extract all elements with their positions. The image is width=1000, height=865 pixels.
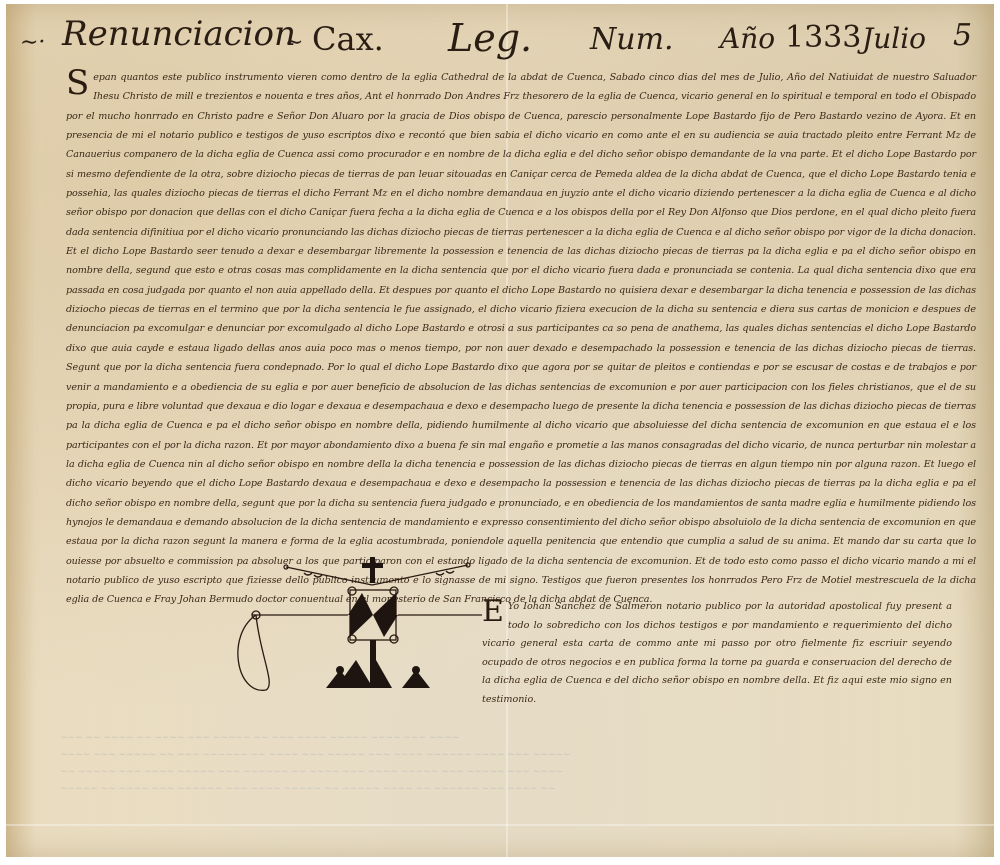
document-body: Sepan quantos este publico instrumento v… — [66, 68, 976, 610]
header-year: 1333 — [785, 20, 861, 55]
notary-subscription: EYo Iohan Sanchez de Salmeron notario pu… — [482, 598, 952, 709]
header-day: 5 — [953, 18, 972, 53]
header-numero-label: Num. — [590, 22, 674, 57]
header-month: Julio — [862, 22, 926, 55]
header-legajo-label: Leg. — [448, 16, 532, 60]
illuminated-initial: S — [66, 68, 89, 98]
notarial-signum-icon — [236, 555, 486, 695]
archival-header: ∼· Renunciacion ∼ Cax. Leg. Num. Año 133… — [20, 8, 990, 63]
header-caja-label: Cax. — [312, 20, 384, 58]
header-title: Renunciacion — [62, 14, 296, 54]
header-flourish-mid: ∼ — [285, 30, 303, 55]
header-year-label: Año — [720, 22, 775, 55]
header-flourish-left: ∼· — [20, 30, 45, 55]
notary-initial: E — [482, 598, 504, 626]
document-body-text: epan quantos este publico instrumento vi… — [66, 72, 976, 605]
horizontal-fold-line — [6, 824, 994, 826]
notary-subscription-text: Yo Iohan Sanchez de Salmeron notario pub… — [482, 601, 952, 705]
bleed-through-text: ~~~ ~~ ~~~~ ~~ ~~~~ ~~~ ~~~~~ ~~ ~~~ ~~~… — [60, 730, 960, 798]
